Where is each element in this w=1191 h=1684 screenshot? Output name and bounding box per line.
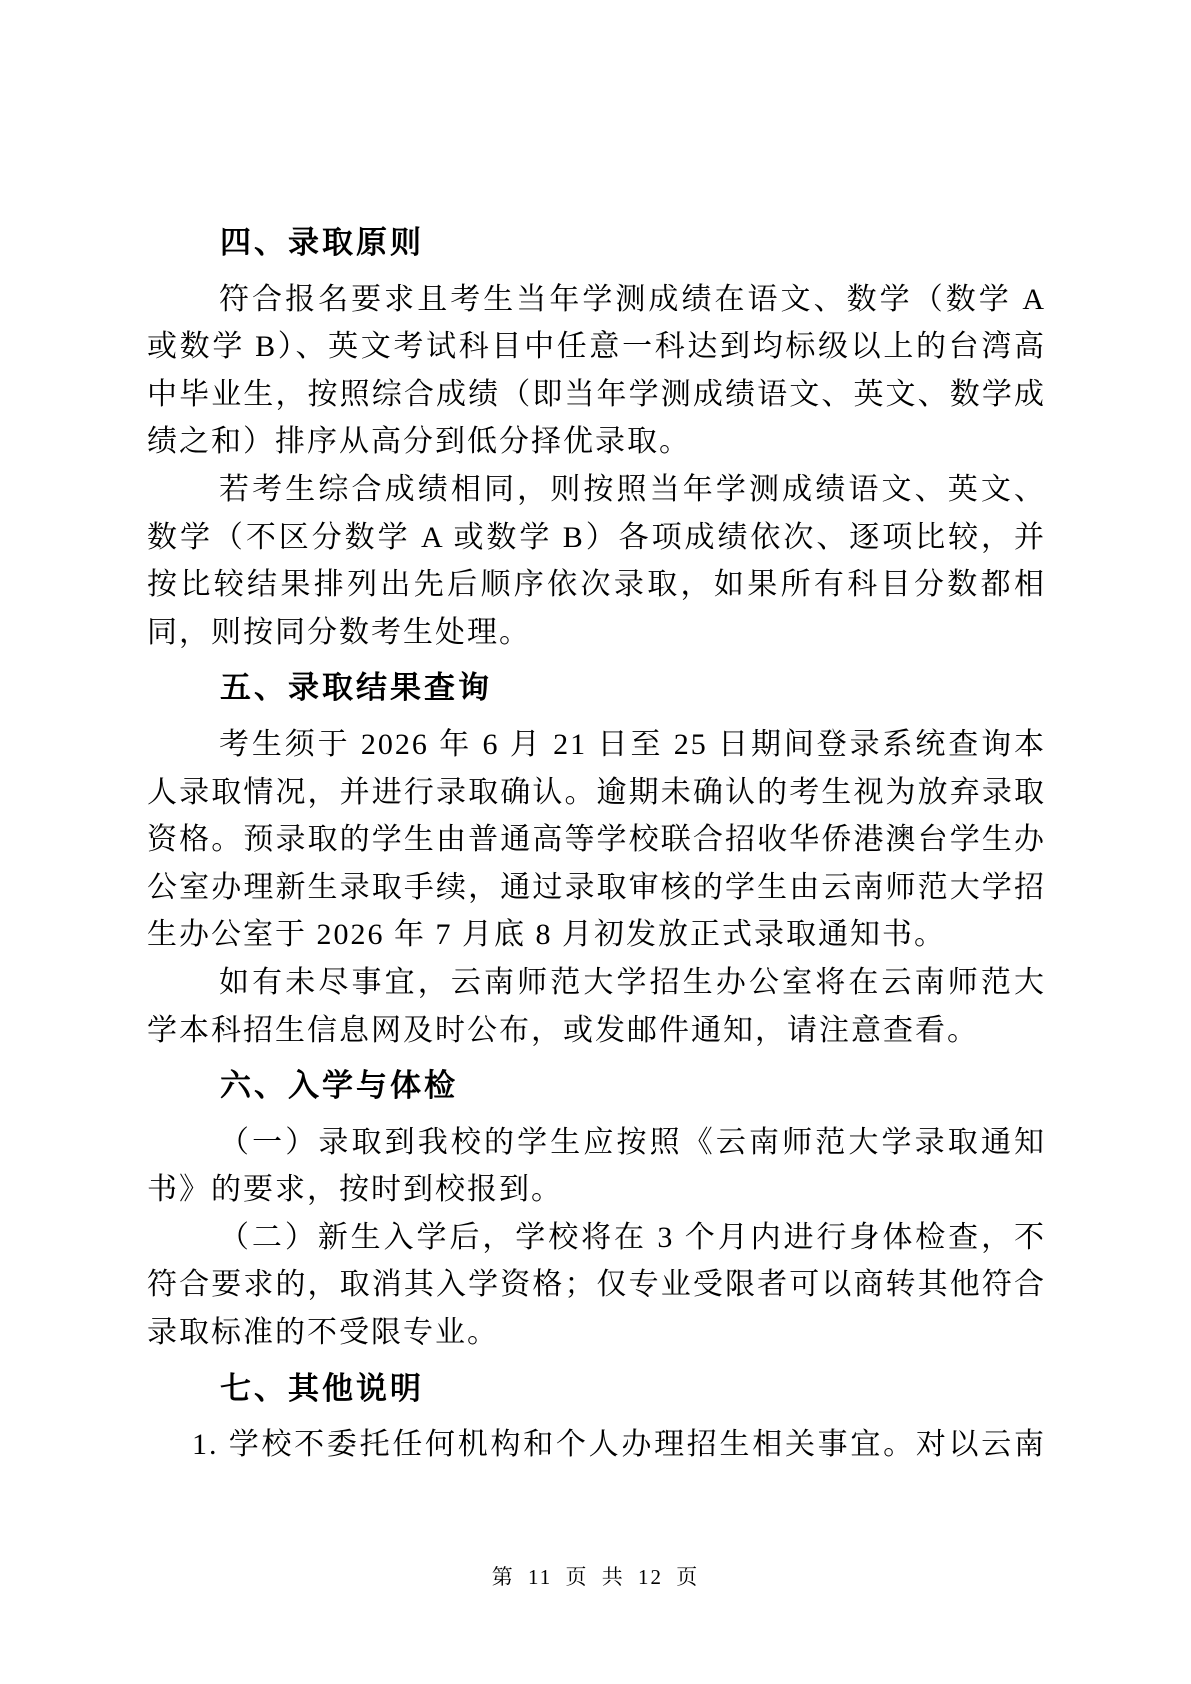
para-admission-ranking-rule: 符合报名要求且考生当年学测成绩在语文、数学（数学 A 或数学 B）、英文考试科目… [147, 276, 1046, 466]
para-result-query-and-confirmation: 考生须于 2026 年 6 月 21 日至 25 日期间登录系统查询本人录取情况… [147, 721, 1046, 959]
heading-admission-result-query: 五、录取结果查询 [147, 664, 1046, 712]
heading-admission-principles: 四、录取原则 [147, 219, 1046, 267]
heading-enrollment-and-physical-exam: 六、入学与体检 [147, 1062, 1046, 1110]
para-report-to-school: （一）录取到我校的学生应按照《云南师范大学录取通知书》的要求，按时到校报到。 [147, 1119, 1046, 1214]
page-number-footer: 第 11 页 共 12 页 [0, 1561, 1191, 1591]
document-page: 四、录取原则 符合报名要求且考生当年学测成绩在语文、数学（数学 A 或数学 B）… [0, 0, 1191, 1684]
para-additional-notice-channels: 如有未尽事宜，云南师范大学招生办公室将在云南师范大学本科招生信息网及时公布，或发… [147, 959, 1046, 1054]
document-body: 四、录取原则 符合报名要求且考生当年学测成绩在语文、数学（数学 A 或数学 B）… [147, 211, 1046, 1469]
para-no-agents-entrusted: 1. 学校不委托任何机构和个人办理招生相关事宜。对以云南 [147, 1421, 1046, 1469]
para-physical-exam-requirements: （二）新生入学后，学校将在 3 个月内进行身体检查，不符合要求的，取消其入学资格… [147, 1214, 1046, 1357]
heading-other-notes: 七、其他说明 [147, 1365, 1046, 1413]
para-tiebreak-rule: 若考生综合成绩相同，则按照当年学测成绩语文、英文、数学（不区分数学 A 或数学 … [147, 466, 1046, 656]
